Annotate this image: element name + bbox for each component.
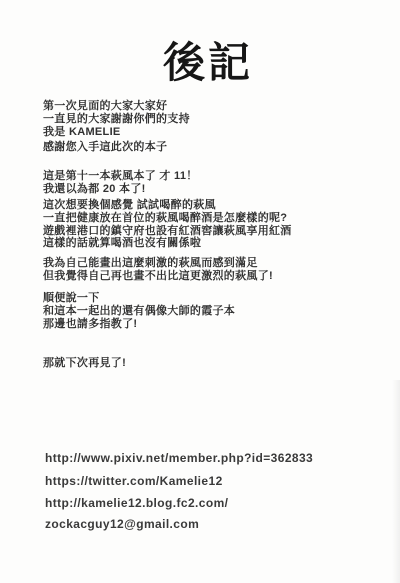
text-line: 一直見的大家謝謝你們的支持 — [43, 113, 190, 126]
text-line: 感謝您入手這此次的本子 — [43, 141, 167, 154]
contact-links: http://www.pixiv.net/member.php?id=36283… — [45, 452, 313, 541]
text-line: 和這本一起出的還有偶像大師的霞子本 — [43, 305, 235, 318]
paragraph-concept: 這次想要換個感覺 試試喝醉的萩風 一直把健康放在首位的萩風喝醉酒是怎麼樣的呢? … — [43, 199, 292, 250]
scan-edge-shade — [392, 380, 400, 583]
afterword-page: 後記 第一次見面的大家大家好 一直見的大家謝謝你們的支持 我是 KAMELIE … — [0, 0, 400, 583]
page-title: 後記 — [0, 40, 400, 86]
text-line: 一直把健康放在首位的萩風喝醉酒是怎麼樣的呢? — [43, 212, 292, 225]
text-line: 第一次見面的大家大家好 — [43, 100, 190, 113]
paragraph-farewell: 那就下次再見了! — [43, 357, 126, 370]
paragraph-other-book: 順便說一下 和這本一起出的還有偶像大師的霞子本 那邊也請多指教了! — [43, 292, 235, 330]
text-line: 順便說一下 — [43, 292, 235, 305]
text-line: 那就下次再見了! — [43, 357, 126, 370]
paragraph-satisfaction: 我為自己能畫出這麼刺激的萩風而感到滿足 但我覺得自己再也畫不出比這更激烈的萩風了… — [43, 257, 273, 283]
text-line: 這樣的話就算喝酒也沒有關係啦 — [43, 237, 292, 250]
text-line: 這次想要換個感覺 試試喝醉的萩風 — [43, 199, 292, 212]
email-address: zockacguy12@gmail.com — [45, 518, 313, 530]
text-line: 但我覺得自己再也畫不出比這更激烈的萩風了! — [43, 270, 273, 283]
text-line: 這是第十一本萩風本了 才 11！ — [43, 170, 198, 183]
paragraph-book-count: 這是第十一本萩風本了 才 11！ 我還以為都 20 本了! — [43, 170, 198, 196]
blog-url: http://kamelie12.blog.fc2.com/ — [45, 497, 313, 509]
paragraph-greeting: 第一次見面的大家大家好 一直見的大家謝謝你們的支持 我是 KAMELIE — [43, 100, 190, 138]
pixiv-url: http://www.pixiv.net/member.php?id=36283… — [45, 452, 313, 464]
text-line: 我為自己能畫出這麼刺激的萩風而感到滿足 — [43, 257, 273, 270]
text-line: 我是 KAMELIE — [43, 126, 190, 139]
text-line: 我還以為都 20 本了! — [43, 183, 198, 196]
paragraph-thanks: 感謝您入手這此次的本子 — [43, 141, 167, 154]
text-line: 遊戲裡港口的鎮守府也設有紅酒窖讓萩風享用紅酒 — [43, 225, 292, 238]
text-line: 那邊也請多指教了! — [43, 318, 235, 331]
twitter-url: https://twitter.com/Kamelie12 — [45, 475, 313, 487]
